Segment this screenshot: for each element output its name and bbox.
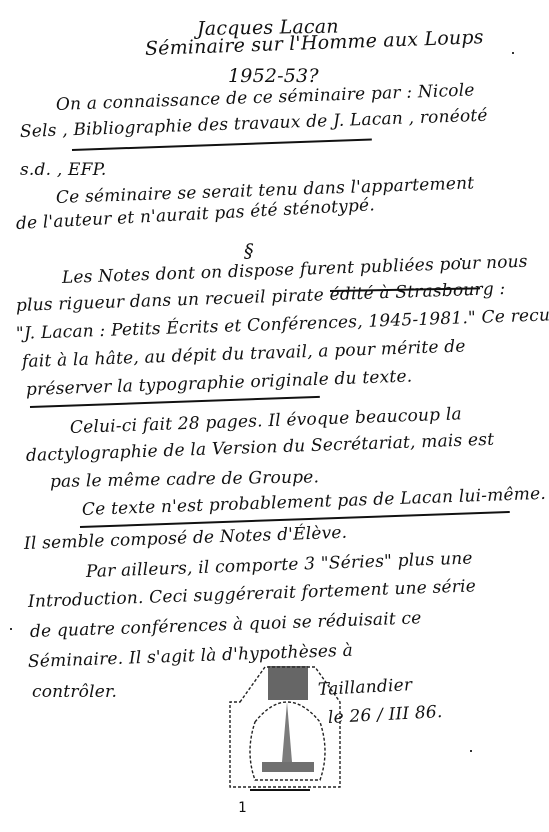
paragraph-line: Par ailleurs, il comporte 3 "Séries" plu… <box>86 549 473 582</box>
paragraph-line: Introduction. Ceci suggérerait fortement… <box>28 576 477 612</box>
scan-speck <box>512 52 514 54</box>
paragraph-line: s.d. , EFP. <box>20 160 106 180</box>
paragraph-line: préserver la typographie originale du te… <box>26 367 413 400</box>
section-mark: § <box>244 240 254 262</box>
paragraph-line: de quatre conférences à quoi se réduisai… <box>30 608 422 642</box>
scan-speck <box>460 258 462 260</box>
scan-speck <box>10 628 12 630</box>
signature-name: Taillandier <box>317 675 412 700</box>
underline-rule <box>72 139 372 151</box>
paragraph-line: contrôler. <box>32 682 117 702</box>
paragraph-line: Il semble composé de Notes d'Élève. <box>24 523 348 554</box>
document-title: Séminaire sur l'Homme aux Loups <box>145 26 484 60</box>
paragraph-line: pas le même cadre de Groupe. <box>50 467 319 492</box>
document-year: 1952-53? <box>228 65 319 87</box>
scan-speck <box>470 750 472 752</box>
page-number: 1 <box>238 800 246 816</box>
